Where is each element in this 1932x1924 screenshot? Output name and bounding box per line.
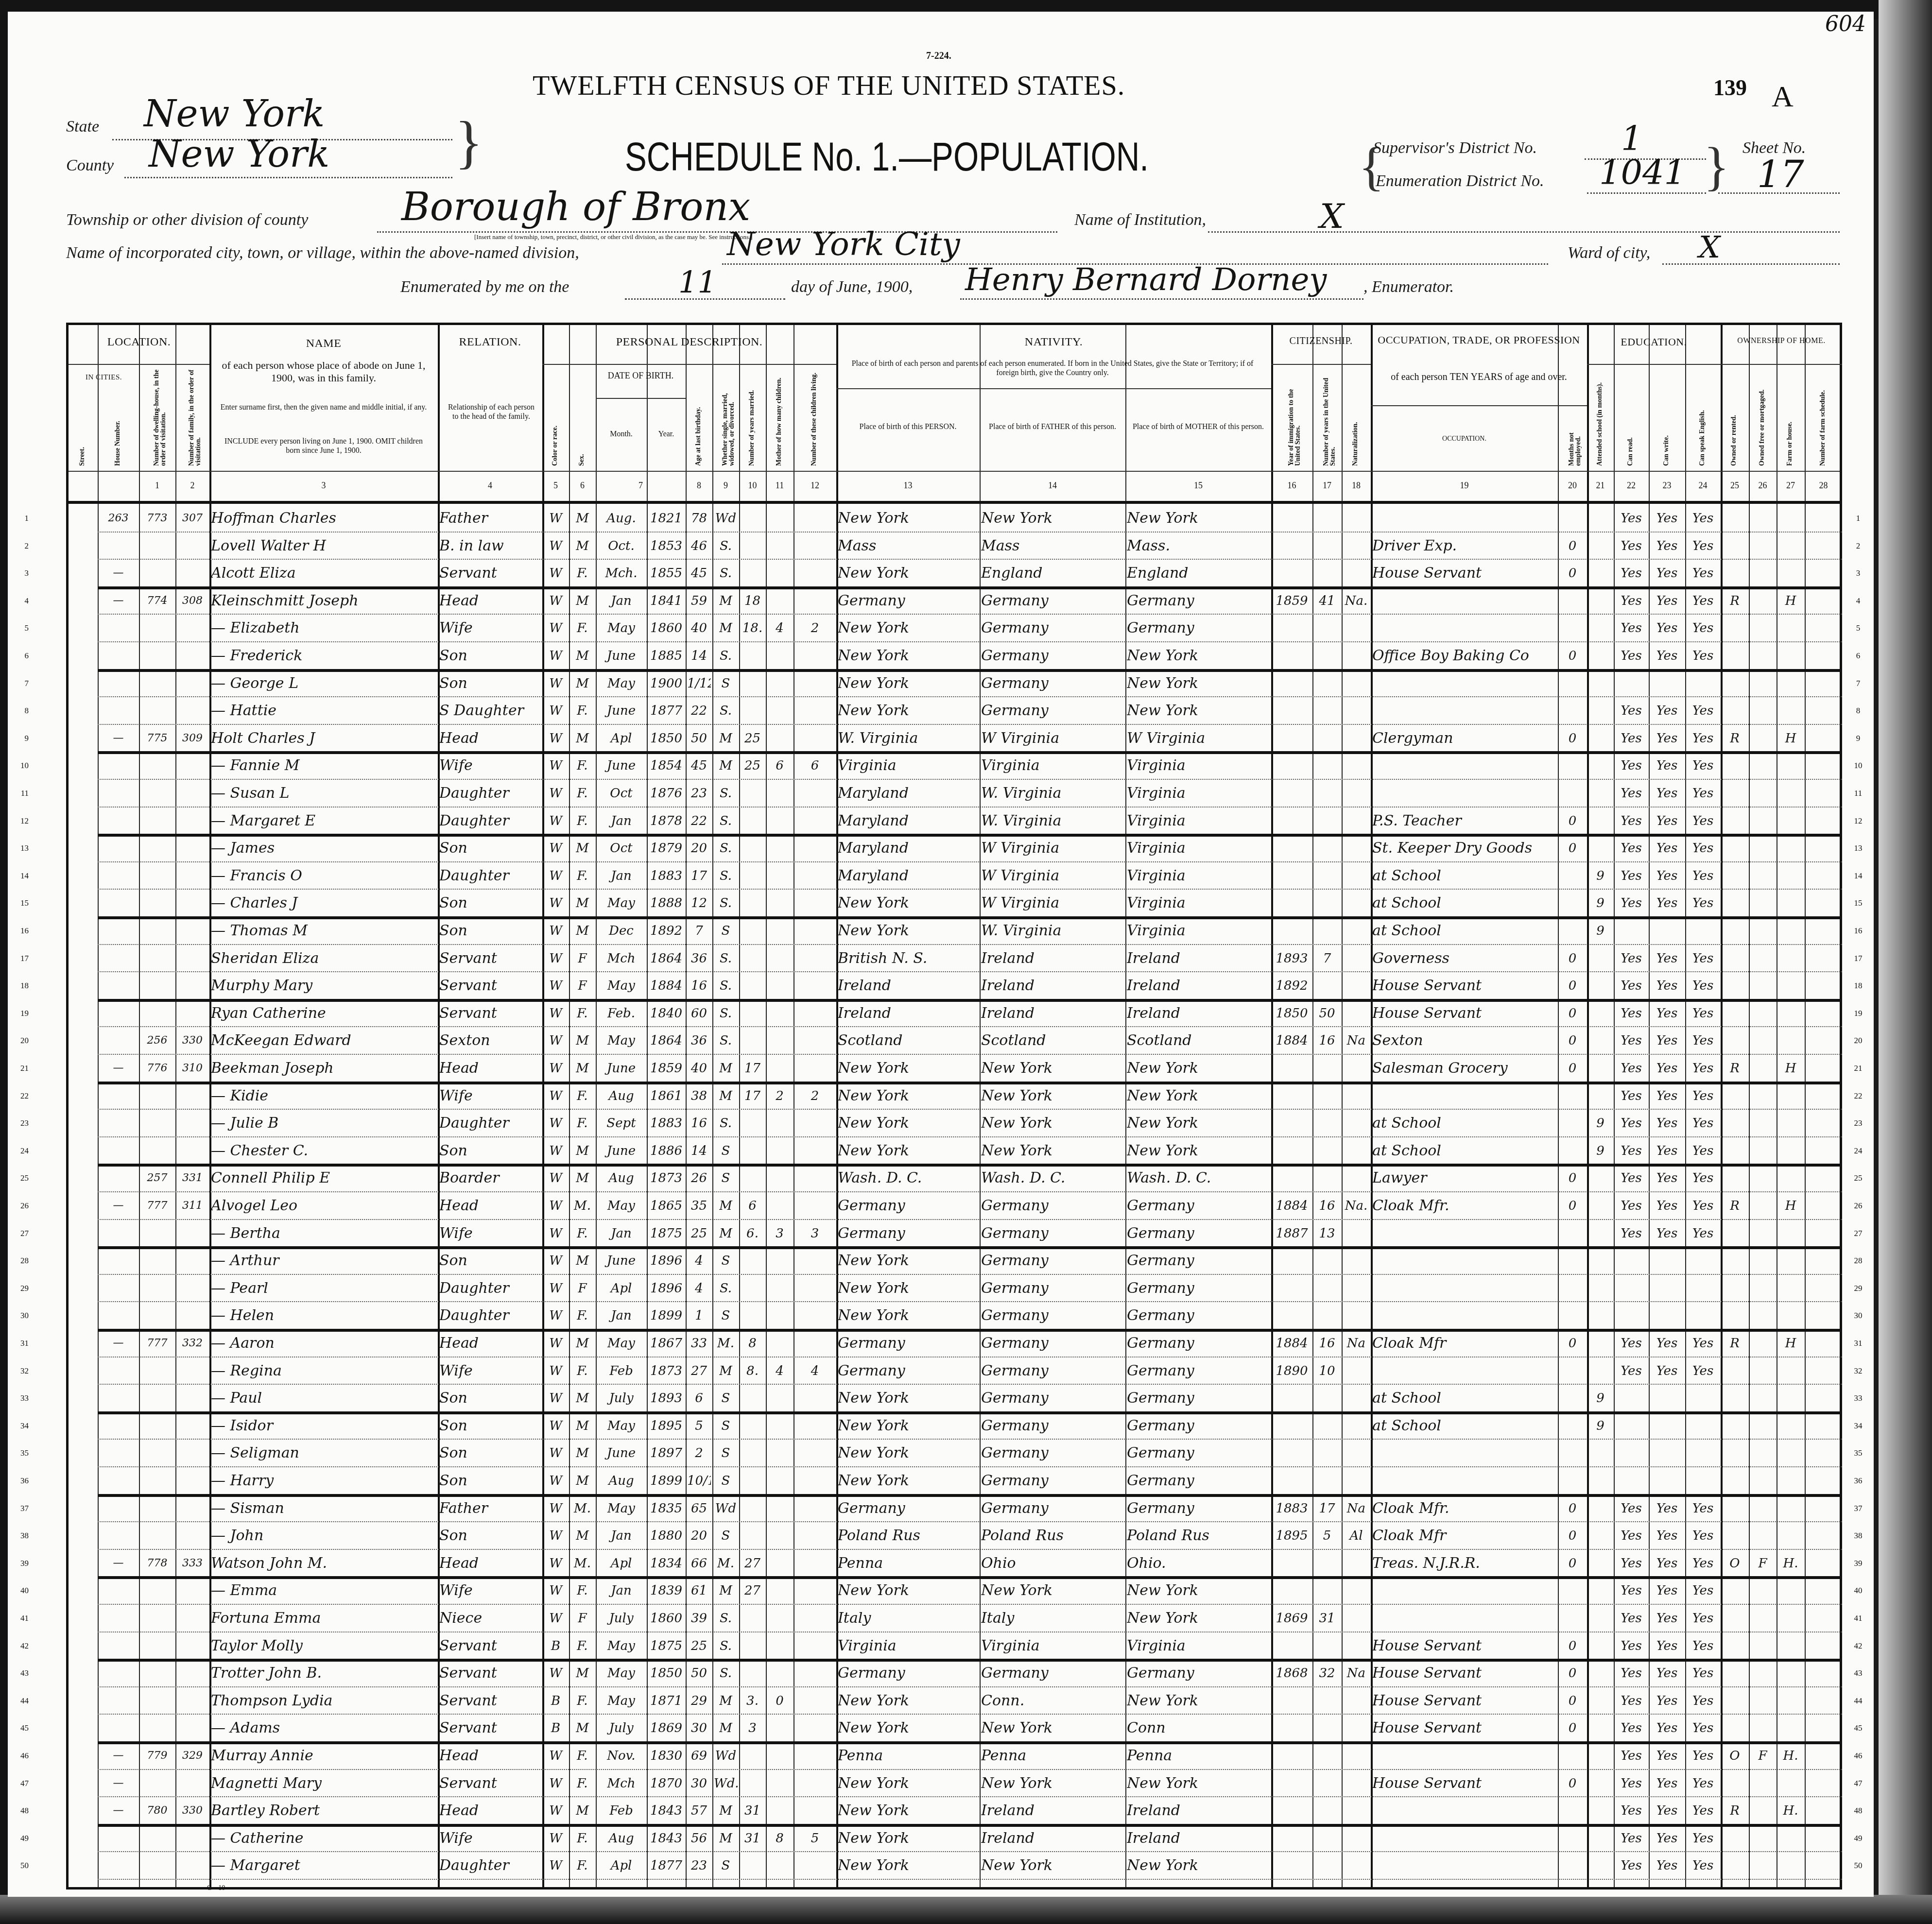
cell-imm[interactable] — [1273, 752, 1311, 779]
cell-color[interactable]: W — [544, 1110, 568, 1137]
cell-speak[interactable]: Yes — [1687, 1742, 1719, 1769]
cell-pob-f[interactable]: Germany — [981, 1467, 1124, 1495]
cell-living[interactable] — [795, 505, 835, 532]
cell-nat[interactable]: Al — [1343, 1522, 1369, 1549]
cell-write[interactable]: Yes — [1650, 1027, 1684, 1054]
cell-own[interactable] — [1722, 505, 1747, 532]
cell-street[interactable] — [70, 1660, 96, 1687]
cell-write[interactable] — [1650, 1467, 1684, 1495]
cell-ym[interactable] — [741, 533, 764, 560]
cell-pob-m[interactable]: Virginia — [1127, 807, 1270, 835]
cell-street[interactable] — [70, 945, 96, 972]
cell-pob-f[interactable]: W Virginia — [981, 890, 1124, 917]
cell-school[interactable] — [1588, 835, 1612, 862]
cell-year[interactable]: 1883 — [648, 1110, 684, 1137]
cell-sex[interactable]: M — [570, 725, 594, 752]
cell-month[interactable]: July — [597, 1385, 645, 1412]
cell-dwelling[interactable]: 776 — [140, 1055, 174, 1082]
cell-dwelling[interactable]: 256 — [140, 1027, 174, 1054]
cell-living[interactable] — [795, 1137, 835, 1165]
cell-nat[interactable] — [1343, 615, 1369, 642]
cell-imm[interactable]: 1883 — [1273, 1495, 1311, 1522]
cell-mother[interactable] — [767, 1247, 792, 1274]
cell-age[interactable]: 57 — [687, 1797, 711, 1824]
cell-own[interactable]: O — [1722, 1550, 1747, 1577]
cell-pob-m[interactable]: Ireland — [1127, 945, 1270, 972]
cell-write[interactable]: Yes — [1650, 1632, 1684, 1660]
cell-sex[interactable]: F. — [570, 1302, 594, 1329]
cell-mother[interactable] — [767, 670, 792, 697]
cell-pob-f[interactable]: Germany — [981, 1275, 1124, 1302]
cell-sched[interactable] — [1806, 560, 1841, 587]
cell-nat[interactable] — [1343, 1357, 1369, 1385]
cell-color[interactable]: W — [544, 505, 568, 532]
cell-occ[interactable] — [1372, 780, 1556, 807]
cell-house[interactable] — [99, 835, 138, 862]
cell-name[interactable]: — Kidie — [211, 1082, 436, 1110]
cell-street[interactable] — [70, 615, 96, 642]
cell-marital[interactable]: M — [714, 1797, 738, 1824]
cell-house[interactable]: — — [99, 1330, 138, 1357]
cell-school[interactable] — [1588, 725, 1612, 752]
cell-unemp[interactable]: 0 — [1559, 725, 1586, 752]
cell-pob-m[interactable]: Poland Rus — [1127, 1522, 1270, 1549]
cell-yrs[interactable] — [1314, 1852, 1340, 1879]
cell-sched[interactable] — [1806, 780, 1841, 807]
cell-pob-m[interactable]: New York — [1127, 1605, 1270, 1632]
cell-mother[interactable] — [767, 1137, 792, 1165]
cell-yrs[interactable] — [1314, 972, 1340, 999]
cell-imm[interactable]: 1869 — [1273, 1605, 1311, 1632]
cell-imm[interactable] — [1273, 1055, 1311, 1082]
cell-year[interactable]: 1871 — [648, 1687, 684, 1715]
cell-pob-f[interactable]: New York — [981, 1577, 1124, 1604]
cell-house[interactable]: 263 — [99, 505, 138, 532]
cell-write[interactable] — [1650, 1412, 1684, 1440]
cell-mother[interactable] — [767, 972, 792, 999]
cell-dwelling[interactable]: 257 — [140, 1165, 174, 1192]
cell-write[interactable]: Yes — [1650, 945, 1684, 972]
cell-street[interactable] — [70, 1770, 96, 1797]
cell-dwelling[interactable] — [140, 1660, 174, 1687]
cell-house[interactable] — [99, 1852, 138, 1879]
cell-family[interactable]: 309 — [177, 725, 208, 752]
cell-sex[interactable]: M — [570, 533, 594, 560]
cell-mother[interactable] — [767, 1412, 792, 1440]
cell-own[interactable]: R — [1722, 1055, 1747, 1082]
cell-ym[interactable]: 6 — [741, 1192, 764, 1220]
cell-own[interactable] — [1722, 1302, 1747, 1329]
cell-unemp[interactable] — [1559, 780, 1586, 807]
cell-sched[interactable] — [1806, 1165, 1841, 1192]
cell-farm[interactable] — [1778, 1440, 1803, 1467]
cell-house[interactable] — [99, 1137, 138, 1165]
cell-pob-f[interactable]: Germany — [981, 670, 1124, 697]
cell-own[interactable] — [1722, 1412, 1747, 1440]
cell-speak[interactable]: Yes — [1687, 725, 1719, 752]
cell-street[interactable] — [70, 642, 96, 670]
cell-name[interactable]: Holt Charles J — [211, 725, 436, 752]
cell-pob[interactable]: W. Virginia — [838, 725, 978, 752]
cell-school[interactable] — [1588, 1687, 1612, 1715]
cell-read[interactable]: Yes — [1615, 725, 1647, 752]
cell-write[interactable] — [1650, 1275, 1684, 1302]
cell-ym[interactable] — [741, 1275, 764, 1302]
cell-nat[interactable] — [1343, 505, 1369, 532]
cell-age[interactable]: 7 — [687, 917, 711, 945]
cell-house[interactable] — [99, 972, 138, 999]
cell-name[interactable]: Connell Philip E — [211, 1165, 436, 1192]
cell-marital[interactable]: S — [714, 917, 738, 945]
cell-write[interactable]: Yes — [1650, 1495, 1684, 1522]
cell-living[interactable] — [795, 1550, 835, 1577]
cell-occ[interactable]: Lawyer — [1372, 1165, 1556, 1192]
cell-nat[interactable] — [1343, 945, 1369, 972]
cell-relation[interactable]: Father — [439, 1495, 541, 1522]
cell-pob[interactable]: New York — [838, 1082, 978, 1110]
cell-yrs[interactable] — [1314, 780, 1340, 807]
cell-occ[interactable] — [1372, 587, 1556, 615]
cell-pob-f[interactable]: Scotland — [981, 1027, 1124, 1054]
cell-ym[interactable] — [741, 642, 764, 670]
cell-unemp[interactable] — [1559, 1412, 1586, 1440]
cell-month[interactable]: Jan — [597, 1302, 645, 1329]
cell-living[interactable] — [795, 1605, 835, 1632]
cell-mother[interactable] — [767, 1027, 792, 1054]
cell-pob-f[interactable]: Germany — [981, 1385, 1124, 1412]
cell-relation[interactable]: Servant — [439, 1715, 541, 1742]
cell-relation[interactable]: Daughter — [439, 1110, 541, 1137]
cell-age[interactable]: 45 — [687, 752, 711, 779]
cell-marital[interactable]: S. — [714, 1027, 738, 1054]
cell-unemp[interactable]: 0 — [1559, 560, 1586, 587]
cell-pob-m[interactable]: New York — [1127, 697, 1270, 724]
cell-school[interactable] — [1588, 697, 1612, 724]
cell-ym[interactable]: 25 — [741, 752, 764, 779]
cell-read[interactable]: Yes — [1615, 1852, 1647, 1879]
cell-imm[interactable] — [1273, 1852, 1311, 1879]
cell-farm[interactable]: H — [1778, 725, 1803, 752]
cell-farm[interactable] — [1778, 1495, 1803, 1522]
cell-pob-f[interactable]: New York — [981, 1715, 1124, 1742]
cell-year[interactable]: 1855 — [648, 560, 684, 587]
cell-marital[interactable]: S. — [714, 642, 738, 670]
cell-relation[interactable]: Daughter — [439, 1302, 541, 1329]
cell-relation[interactable]: Servant — [439, 1660, 541, 1687]
cell-pob[interactable]: New York — [838, 670, 978, 697]
cell-pob[interactable]: New York — [838, 1110, 978, 1137]
cell-name[interactable]: Ryan Catherine — [211, 1000, 436, 1027]
cell-relation[interactable]: Servant — [439, 1687, 541, 1715]
cell-dwelling[interactable]: 775 — [140, 725, 174, 752]
cell-nat[interactable] — [1343, 1137, 1369, 1165]
cell-living[interactable] — [795, 1275, 835, 1302]
cell-sched[interactable] — [1806, 1412, 1841, 1440]
cell-age[interactable]: 33 — [687, 1330, 711, 1357]
cell-color[interactable]: W — [544, 1220, 568, 1247]
cell-nat[interactable] — [1343, 972, 1369, 999]
cell-school[interactable] — [1588, 972, 1612, 999]
cell-free[interactable] — [1750, 1797, 1775, 1824]
cell-free[interactable] — [1750, 1302, 1775, 1329]
cell-year[interactable]: 1877 — [648, 1852, 684, 1879]
cell-speak[interactable]: Yes — [1687, 1000, 1719, 1027]
cell-marital[interactable]: M — [714, 1055, 738, 1082]
cell-year[interactable]: 1885 — [648, 642, 684, 670]
cell-read[interactable] — [1615, 1275, 1647, 1302]
cell-school[interactable] — [1588, 587, 1612, 615]
cell-age[interactable]: 26 — [687, 1165, 711, 1192]
cell-school[interactable]: 9 — [1588, 917, 1612, 945]
cell-name[interactable]: Alvogel Leo — [211, 1192, 436, 1220]
cell-relation[interactable]: Sexton — [439, 1027, 541, 1054]
cell-own[interactable] — [1722, 1275, 1747, 1302]
cell-write[interactable]: Yes — [1650, 835, 1684, 862]
cell-school[interactable] — [1588, 1742, 1612, 1769]
cell-mother[interactable] — [767, 1522, 792, 1549]
cell-unemp[interactable] — [1559, 1852, 1586, 1879]
cell-year[interactable]: 1860 — [648, 1605, 684, 1632]
cell-ym[interactable] — [741, 1000, 764, 1027]
cell-sex[interactable]: F. — [570, 1000, 594, 1027]
cell-relation[interactable]: Wife — [439, 1825, 541, 1852]
cell-yrs[interactable] — [1314, 1165, 1340, 1192]
cell-name[interactable]: — Susan L — [211, 780, 436, 807]
cell-pob-m[interactable]: Germany — [1127, 615, 1270, 642]
cell-living[interactable] — [795, 1797, 835, 1824]
cell-own[interactable] — [1722, 835, 1747, 862]
cell-family[interactable] — [177, 1110, 208, 1137]
cell-age[interactable]: 25 — [687, 1632, 711, 1660]
cell-unemp[interactable]: 0 — [1559, 1522, 1586, 1549]
cell-mother[interactable] — [767, 945, 792, 972]
cell-pob[interactable]: Germany — [838, 1660, 978, 1687]
cell-yrs[interactable]: 31 — [1314, 1605, 1340, 1632]
cell-yrs[interactable]: 16 — [1314, 1192, 1340, 1220]
cell-unemp[interactable]: 0 — [1559, 1632, 1586, 1660]
cell-mother[interactable] — [767, 780, 792, 807]
cell-mother[interactable] — [767, 1770, 792, 1797]
cell-yrs[interactable] — [1314, 1440, 1340, 1467]
cell-month[interactable]: Aug — [597, 1165, 645, 1192]
cell-free[interactable] — [1750, 1385, 1775, 1412]
cell-farm[interactable] — [1778, 1137, 1803, 1165]
cell-speak[interactable]: Yes — [1687, 1660, 1719, 1687]
cell-imm[interactable] — [1273, 1577, 1311, 1604]
cell-month[interactable]: Aug — [597, 1825, 645, 1852]
cell-unemp[interactable] — [1559, 1577, 1586, 1604]
cell-age[interactable]: 17 — [687, 862, 711, 890]
cell-ym[interactable] — [741, 1495, 764, 1522]
cell-imm[interactable] — [1273, 890, 1311, 917]
cell-imm[interactable] — [1273, 1165, 1311, 1192]
cell-sched[interactable] — [1806, 1137, 1841, 1165]
cell-color[interactable]: W — [544, 1440, 568, 1467]
cell-living[interactable] — [795, 1687, 835, 1715]
cell-pob[interactable]: New York — [838, 697, 978, 724]
cell-own[interactable] — [1722, 862, 1747, 890]
cell-free[interactable] — [1750, 1330, 1775, 1357]
cell-year[interactable]: 1876 — [648, 780, 684, 807]
cell-sched[interactable] — [1806, 587, 1841, 615]
cell-color[interactable]: W — [544, 945, 568, 972]
cell-sched[interactable] — [1806, 1110, 1841, 1137]
cell-school[interactable] — [1588, 533, 1612, 560]
cell-yrs[interactable]: 17 — [1314, 1495, 1340, 1522]
cell-occ[interactable] — [1372, 1357, 1556, 1385]
cell-nat[interactable] — [1343, 1110, 1369, 1137]
cell-pob-m[interactable]: New York — [1127, 1082, 1270, 1110]
cell-marital[interactable]: M — [714, 1220, 738, 1247]
cell-year[interactable]: 1899 — [648, 1302, 684, 1329]
cell-farm[interactable] — [1778, 917, 1803, 945]
cell-street[interactable] — [70, 1825, 96, 1852]
cell-pob-m[interactable]: Germany — [1127, 1412, 1270, 1440]
cell-house[interactable] — [99, 917, 138, 945]
cell-family[interactable] — [177, 1000, 208, 1027]
cell-own[interactable] — [1722, 1220, 1747, 1247]
cell-nat[interactable] — [1343, 1550, 1369, 1577]
cell-family[interactable]: 308 — [177, 587, 208, 615]
cell-sex[interactable]: F — [570, 1605, 594, 1632]
cell-color[interactable]: W — [544, 1330, 568, 1357]
cell-ym[interactable] — [741, 807, 764, 835]
cell-ym[interactable] — [741, 560, 764, 587]
cell-marital[interactable]: S. — [714, 945, 738, 972]
cell-nat[interactable] — [1343, 917, 1369, 945]
cell-marital[interactable]: M — [714, 725, 738, 752]
cell-nat[interactable] — [1343, 533, 1369, 560]
cell-school[interactable] — [1588, 505, 1612, 532]
cell-school[interactable] — [1588, 752, 1612, 779]
cell-yrs[interactable] — [1314, 1742, 1340, 1769]
cell-school[interactable] — [1588, 1165, 1612, 1192]
cell-marital[interactable]: M. — [714, 1330, 738, 1357]
cell-house[interactable] — [99, 1412, 138, 1440]
cell-house[interactable] — [99, 642, 138, 670]
cell-pob-f[interactable]: Conn. — [981, 1687, 1124, 1715]
cell-color[interactable]: W — [544, 1797, 568, 1824]
cell-own[interactable] — [1722, 1165, 1747, 1192]
cell-unemp[interactable] — [1559, 1797, 1586, 1824]
cell-house[interactable] — [99, 1660, 138, 1687]
cell-relation[interactable]: Son — [439, 1412, 541, 1440]
cell-name[interactable]: — Arthur — [211, 1247, 436, 1274]
cell-read[interactable]: Yes — [1615, 1137, 1647, 1165]
cell-farm[interactable] — [1778, 890, 1803, 917]
cell-relation[interactable]: Head — [439, 1742, 541, 1769]
cell-dwelling[interactable] — [140, 1440, 174, 1467]
cell-own[interactable] — [1722, 560, 1747, 587]
cell-marital[interactable]: S. — [714, 780, 738, 807]
cell-sex[interactable]: M — [570, 1412, 594, 1440]
cell-pob[interactable]: Maryland — [838, 807, 978, 835]
cell-age[interactable]: 20 — [687, 835, 711, 862]
cell-mother[interactable] — [767, 642, 792, 670]
cell-relation[interactable]: Daughter — [439, 1275, 541, 1302]
cell-family[interactable]: 310 — [177, 1055, 208, 1082]
cell-sex[interactable]: M — [570, 1330, 594, 1357]
cell-pob-f[interactable]: Penna — [981, 1742, 1124, 1769]
cell-ym[interactable]: 17 — [741, 1082, 764, 1110]
cell-imm[interactable] — [1273, 1632, 1311, 1660]
cell-marital[interactable]: S. — [714, 533, 738, 560]
cell-school[interactable] — [1588, 1220, 1612, 1247]
cell-sched[interactable] — [1806, 670, 1841, 697]
cell-free[interactable] — [1750, 1192, 1775, 1220]
cell-imm[interactable]: 1884 — [1273, 1330, 1311, 1357]
cell-occ[interactable]: Cloak Mfr. — [1372, 1495, 1556, 1522]
cell-occ[interactable] — [1372, 1825, 1556, 1852]
cell-unemp[interactable]: 0 — [1559, 1687, 1586, 1715]
cell-yrs[interactable] — [1314, 1275, 1340, 1302]
cell-pob-f[interactable]: England — [981, 560, 1124, 587]
cell-street[interactable] — [70, 1302, 96, 1329]
cell-nat[interactable] — [1343, 862, 1369, 890]
cell-name[interactable]: — Thomas M — [211, 917, 436, 945]
cell-marital[interactable]: S. — [714, 835, 738, 862]
cell-occ[interactable] — [1372, 697, 1556, 724]
cell-pob-f[interactable]: Poland Rus — [981, 1522, 1124, 1549]
cell-free[interactable] — [1750, 1165, 1775, 1192]
cell-free[interactable] — [1750, 1660, 1775, 1687]
cell-dwelling[interactable] — [140, 697, 174, 724]
cell-nat[interactable] — [1343, 1055, 1369, 1082]
cell-living[interactable] — [795, 1440, 835, 1467]
cell-living[interactable] — [795, 1330, 835, 1357]
cell-family[interactable] — [177, 752, 208, 779]
cell-house[interactable] — [99, 1632, 138, 1660]
cell-house[interactable] — [99, 1302, 138, 1329]
cell-living[interactable] — [795, 1632, 835, 1660]
cell-pob[interactable]: Maryland — [838, 862, 978, 890]
cell-school[interactable] — [1588, 1632, 1612, 1660]
cell-color[interactable]: W — [544, 1550, 568, 1577]
cell-name[interactable]: — Seligman — [211, 1440, 436, 1467]
cell-pob-m[interactable]: New York — [1127, 1852, 1270, 1879]
cell-free[interactable] — [1750, 1220, 1775, 1247]
cell-living[interactable] — [795, 1742, 835, 1769]
cell-mother[interactable] — [767, 1632, 792, 1660]
cell-write[interactable]: Yes — [1650, 505, 1684, 532]
cell-sex[interactable]: M — [570, 1522, 594, 1549]
cell-sched[interactable] — [1806, 1577, 1841, 1604]
cell-mother[interactable] — [767, 1110, 792, 1137]
cell-family[interactable] — [177, 697, 208, 724]
cell-month[interactable]: May — [597, 1632, 645, 1660]
cell-farm[interactable] — [1778, 945, 1803, 972]
cell-relation[interactable]: Wife — [439, 752, 541, 779]
cell-pob-f[interactable]: Germany — [981, 587, 1124, 615]
cell-speak[interactable]: Yes — [1687, 1605, 1719, 1632]
cell-farm[interactable]: H. — [1778, 1550, 1803, 1577]
cell-pob[interactable]: New York — [838, 1055, 978, 1082]
cell-own[interactable]: R — [1722, 1330, 1747, 1357]
cell-read[interactable]: Yes — [1615, 1027, 1647, 1054]
cell-own[interactable] — [1722, 752, 1747, 779]
cell-month[interactable]: May — [597, 1660, 645, 1687]
cell-family[interactable] — [177, 1275, 208, 1302]
cell-farm[interactable] — [1778, 780, 1803, 807]
cell-house[interactable] — [99, 1522, 138, 1549]
cell-month[interactable]: June — [597, 752, 645, 779]
cell-sched[interactable] — [1806, 642, 1841, 670]
cell-free[interactable] — [1750, 1275, 1775, 1302]
cell-farm[interactable]: H. — [1778, 1797, 1803, 1824]
cell-dwelling[interactable] — [140, 1687, 174, 1715]
cell-pob-m[interactable]: New York — [1127, 1055, 1270, 1082]
cell-own[interactable] — [1722, 1605, 1747, 1632]
